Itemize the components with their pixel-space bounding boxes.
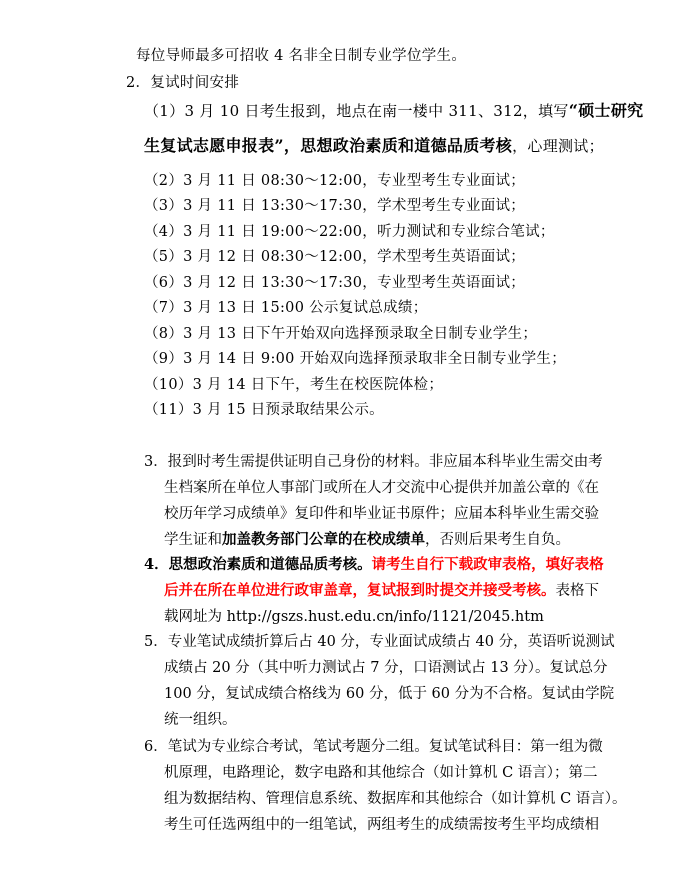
download-url-line: 载网址为 http://gszs.hust.edu.cn/info/1121/2… [144,604,604,630]
red-instruction: 后并在所在单位进行政审盖章，复试报到时提交并接受考核。 [164,582,556,599]
section-3-number: 3． [144,454,168,470]
section-5-number: 5． [144,634,168,650]
schedule-item-1-line-1: （1）3 月 10 日考生报到，地点在南一楼中 311、312，填写“硕士研究 [144,98,643,121]
schedule-item: （10）3 月 14 日下午，考生在校医院体检； [144,373,443,394]
schedule-item: （5）3 月 12 日 08:30～12:00，学术型考生英语面试； [144,245,525,266]
schedule-item: （7）3 月 13 日 15:00 公示复试总成绩； [144,296,428,317]
schedule-item-1-line-2: 生复试志愿申报表”，思想政治素质和道德品质考核，心理测试； [144,133,604,156]
schedule-item: （3）3 月 11 日 13:30～17:30，学术型考生专业面试； [144,194,525,215]
schedule-item: （4）3 月 11 日 19:00～22:00，听力测试和专业综合笔试； [144,220,555,241]
schedule-item: （2）3 月 11 日 08:30～12:00，专业型考生专业面试； [144,169,525,190]
section-6-number: 6． [144,739,168,755]
section-6: 6．笔试为专业综合考试，笔试考题分二组。复试笔试科目：第一组为微 机原理，电路理… [144,734,627,838]
section-4-number: 4． [144,556,169,573]
schedule-item: （6）3 月 12 日 13:30～17:30，专业型考生英语面试； [144,271,525,292]
section-5: 5．专业笔试成绩折算后占 40 分，专业面试成绩占 40 分，英语听说测试 成绩… [144,629,615,733]
red-instruction: 请考生自行下载政审表格，填好表格 [372,556,604,573]
schedule-item: （11）3 月 15 日预录取结果公示。 [144,398,384,419]
schedule-item: （8）3 月 13 日下午开始双向选择预录取全日制专业学生； [144,322,537,343]
schedule-item: （9）3 月 14 日 9:00 开始双向选择预录取非全日制专业学生； [144,347,566,368]
section-3: 3．报到时考生需提供证明自己身份的材料。非应届本科毕业生需交由考 生档案所在单位… [144,449,603,553]
bold-transcript-requirement: 加盖教务部门公章的在校成绩单 [222,531,425,548]
section-4: 4．思想政治素质和道德品质考核。请考生自行下载政审表格，填好表格 后并在所在单位… [144,552,604,630]
section-2-heading: 2．复试时间安排 [126,71,239,92]
intro-line: 每位导师最多可招收 4 名非全日制专业学位学生。 [136,44,466,65]
